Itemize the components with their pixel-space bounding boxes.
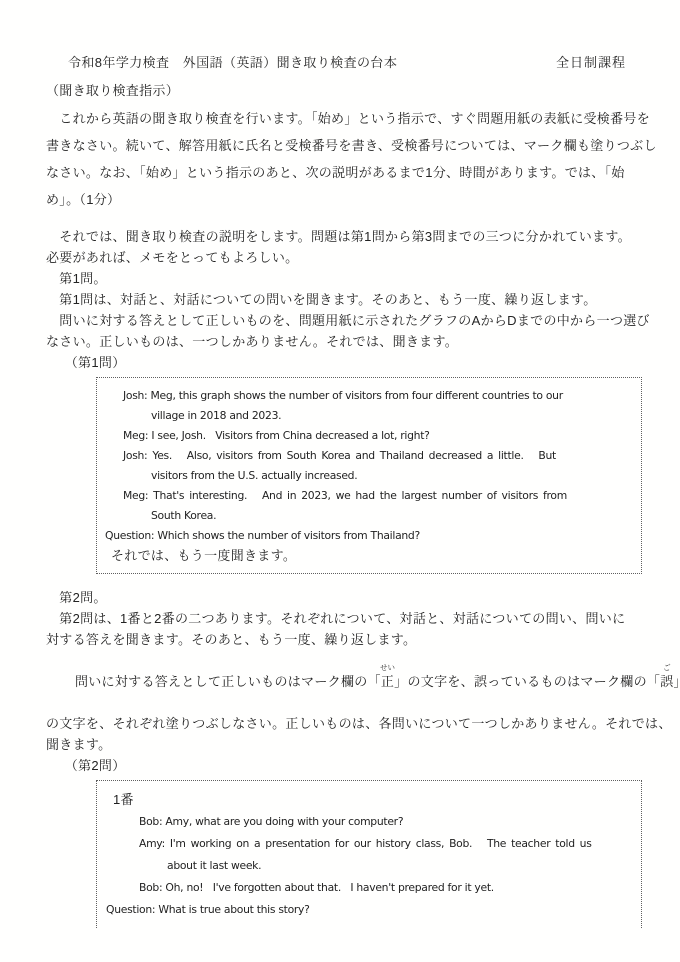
course-label: 全日制課程 xyxy=(556,52,642,71)
script-line: visitors from the U.S. actually increase… xyxy=(101,466,637,486)
header: 令和8年学力検査 外国語（英語）聞き取り検査の台本 全日制課程 xyxy=(46,52,642,71)
script-line: Bob: Oh, no! I've forgotten about that. … xyxy=(101,877,637,899)
text-line: なさい。正しいものは、一つしかありません。それでは、聞きます。 xyxy=(46,331,642,352)
text-line: 第2問は、1番と2番の二つあります。それぞれについて、対話と、対話についての問い… xyxy=(46,608,642,629)
script-line: village in 2018 and 2023. xyxy=(101,406,637,426)
script-line: Josh: Yes. Also, visitors from South Kor… xyxy=(101,446,637,466)
script-line: それでは、もう一度聞きます。 xyxy=(101,546,637,566)
text-line: の文字を、それぞれ塗りつぶしなさい。正しいものは、各問いについて一つしかありませ… xyxy=(46,713,642,734)
document-page: 令和8年学力検査 外国語（英語）聞き取り検査の台本 全日制課程 （聞き取り検査指… xyxy=(0,0,680,962)
q2-description-rest: の文字を、それぞれ塗りつぶしなさい。正しいものは、各問いについて一つしかありませ… xyxy=(46,713,642,755)
script-line: Meg: That's interesting. And in 2023, we… xyxy=(101,486,637,506)
ruby-correct-furigana: せい xyxy=(380,664,395,672)
script-line: about it last week. xyxy=(101,855,637,877)
text-line: これから英語の聞き取り検査を行います。「始め」という指示で、すぐ問題用紙の表紙に… xyxy=(46,105,642,132)
doc-title: 令和8年学力検査 外国語（英語）聞き取り検査の台本 xyxy=(46,52,397,71)
text-line: 必要があれば、メモをとってもよろしい。 xyxy=(46,247,642,268)
text-line: 聞きます。 xyxy=(46,734,642,755)
intro-paragraph: これから英語の聞き取り検査を行います。「始め」という指示で、すぐ問題用紙の表紙に… xyxy=(46,105,642,213)
text-line: 第1問は、対話と、対話についての問いを聞きます。そのあと、もう一度、繰り返します… xyxy=(46,289,642,310)
ruby-correct: 正せい xyxy=(381,671,394,692)
script-line: South Korea. xyxy=(101,506,637,526)
ruby-incorrect: 誤ご xyxy=(660,671,673,692)
q2-box-label: （第2問） xyxy=(46,755,642,777)
instruction-label: （聞き取り検査指示） xyxy=(46,80,642,102)
script-line: Josh: Meg, this graph shows the number o… xyxy=(101,386,637,406)
script-line: Meg: I see, Josh. Visitors from China de… xyxy=(101,426,637,446)
text-line: それでは、聞き取り検査の説明をします。問題は第1問から第3問までの三つに分かれて… xyxy=(46,226,642,247)
q2-mark-instruction: 問いに対する答えとして正しいものはマーク欄の「正せい」の文字を、誤っているものは… xyxy=(46,650,642,713)
text-line: 書きなさい。続いて、解答用紙に氏名と受検番号を書き、受検番号については、マーク欄… xyxy=(46,132,642,159)
q2-script-box: 1番Bob: Amy, what are you doing with your… xyxy=(96,780,642,928)
mark-text-after: 」 xyxy=(674,674,680,689)
script-line: Question: What is true about this story? xyxy=(101,899,637,921)
q1-script-box: Josh: Meg, this graph shows the number o… xyxy=(96,377,642,574)
script-line: Question: Which shows the number of visi… xyxy=(101,526,637,546)
script-line: Bob: Amy, what are you doing with your c… xyxy=(101,811,637,833)
text-line: 問いに対する答えとして正しいものを、問題用紙に示されたグラフのAからDまでの中か… xyxy=(46,310,642,331)
q1-description: 第1問。 第1問は、対話と、対話についての問いを聞きます。そのあと、もう一度、繰… xyxy=(46,268,642,352)
ruby-incorrect-furigana: ご xyxy=(663,664,671,672)
mark-text-middle: 」の文字を、誤っているものはマーク欄の「 xyxy=(394,674,660,689)
text-line: 第1問。 xyxy=(46,268,642,289)
ruby-correct-base: 正 xyxy=(381,674,394,689)
q2-description: 第2問。 第2問は、1番と2番の二つあります。それぞれについて、対話と、対話につ… xyxy=(46,587,642,650)
text-line: 第2問。 xyxy=(46,587,642,608)
script-line: 1番 xyxy=(101,789,637,811)
q1-box-label: （第1問） xyxy=(46,352,642,374)
text-line: 対する答えを聞きます。そのあと、もう一度、繰り返します。 xyxy=(46,629,642,650)
mark-text-before: 問いに対する答えとして正しいものはマーク欄の「 xyxy=(62,674,381,689)
text-line: なさい。なお、「始め」という指示のあと、次の説明があるまで1分、時間があります。… xyxy=(46,159,642,186)
script-line: Amy: I'm working on a presentation for o… xyxy=(101,833,637,855)
ruby-incorrect-base: 誤 xyxy=(660,674,673,689)
text-line: め」。（1分） xyxy=(46,186,642,213)
overview-paragraph: それでは、聞き取り検査の説明をします。問題は第1問から第3問までの三つに分かれて… xyxy=(46,226,642,268)
